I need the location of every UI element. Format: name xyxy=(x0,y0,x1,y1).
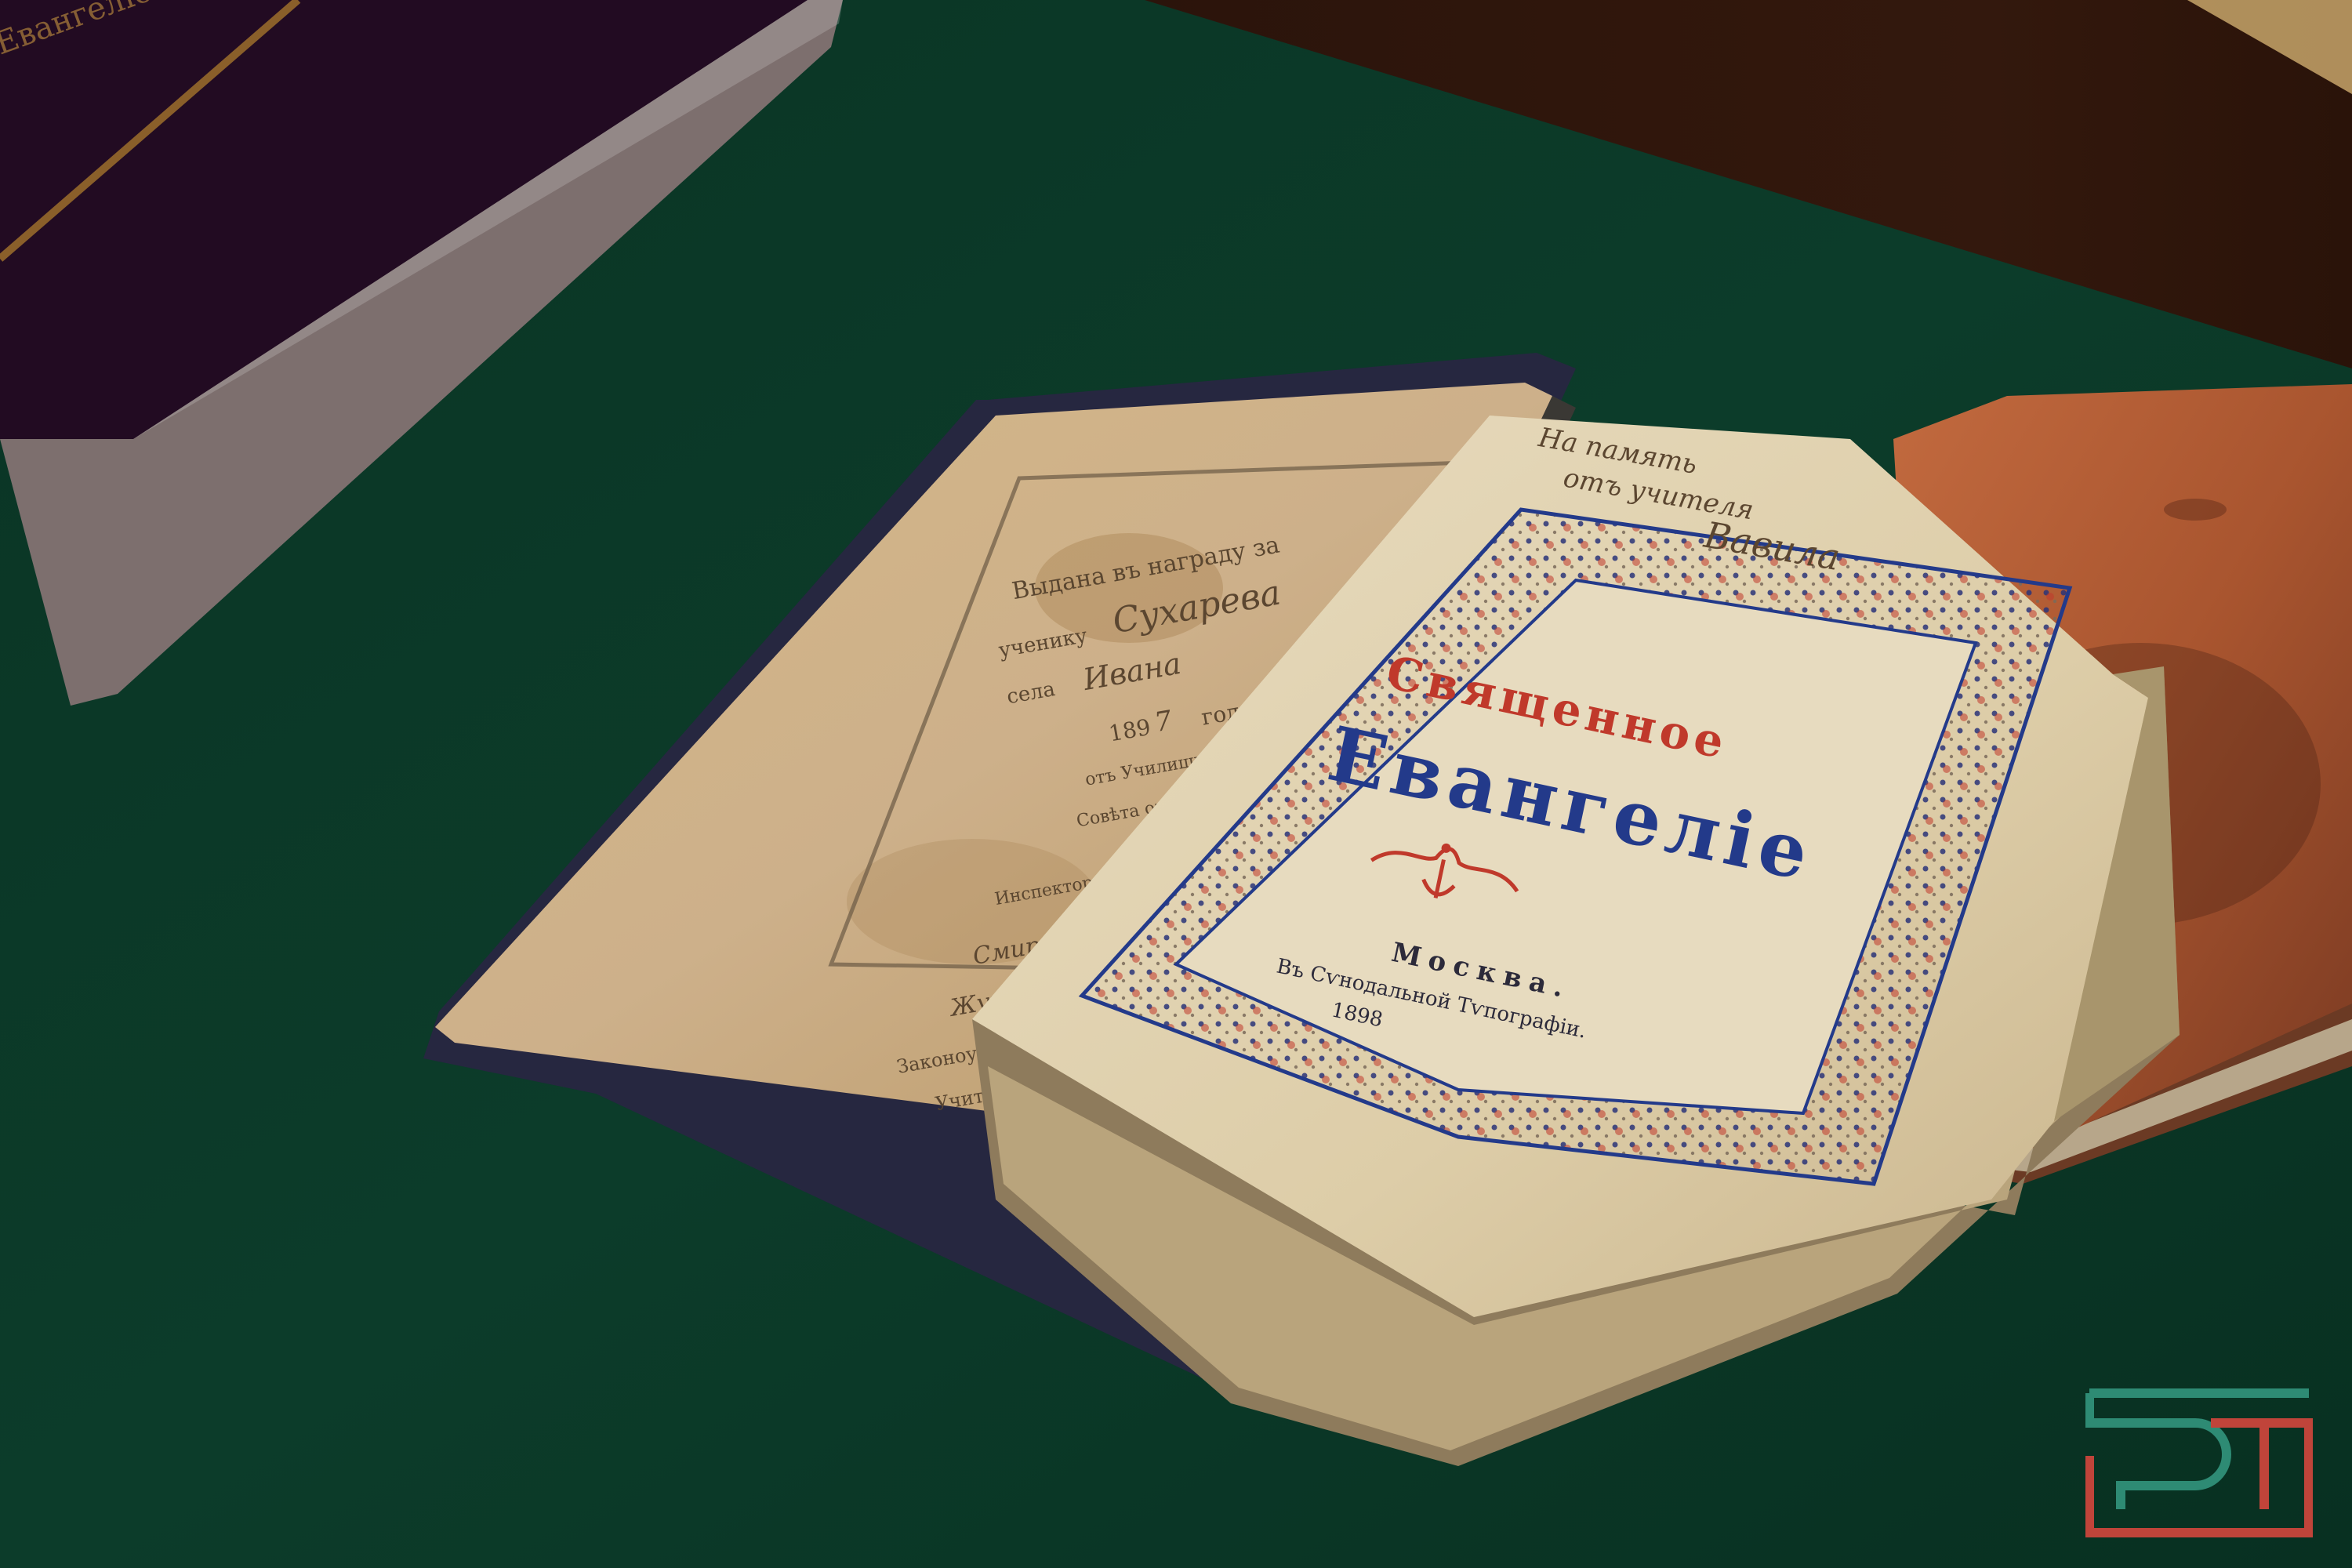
pt-logo-icon: РТ xyxy=(2085,1384,2313,1541)
gospel-book: Священное Евангеліе Москва. Въ Сѵнодальн… xyxy=(972,416,2195,1474)
watermark-letters: РТ xyxy=(2085,1384,2087,1385)
watermark-logo: РТ xyxy=(2085,1384,2313,1541)
